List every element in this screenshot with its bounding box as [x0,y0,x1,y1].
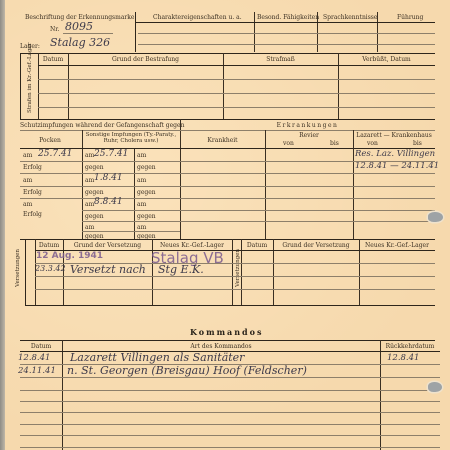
vacc-row-label: gegen [137,164,156,171]
transfers-side-label-left: Versetzungen [15,243,21,293]
divider [82,130,83,239]
kommando-row-kind: Lazarett Villingen als Sanitäter [70,351,244,364]
rule [20,130,180,131]
kommando-row-date: 12.8.41 [18,353,50,363]
rule [38,107,435,108]
transfer-col-camp: Neues Kr.-Gef.-Lager [152,242,232,249]
vacc-col-pocken: Pocken [20,137,80,144]
vacc-row-label: am [85,224,94,231]
rule [180,161,435,162]
kommando-col-date: Datum [20,343,62,350]
rule [180,130,435,131]
divider [20,53,21,119]
header-col-conduct: Führung [397,14,423,21]
divider [353,130,354,239]
rule [38,93,435,94]
vacc-row-label: Erfolg [23,189,42,196]
rule [20,186,180,187]
rule [138,33,435,34]
header-col-languages: Sprachkenntnisse [323,14,377,21]
transfer2-col-reason: Grund der Versetzung [273,242,359,249]
rule [38,79,435,80]
rule [20,412,440,413]
divider [377,12,378,52]
rule [20,390,440,391]
header-col-character: Charaktereigenschaften u. a. [153,14,242,21]
lager-value: Stalag 326 [50,36,110,49]
transfer2-col-date: Datum [241,242,273,249]
vacc-row-label: gegen [85,213,104,220]
rule [82,221,180,222]
kommando-col-return: Rückkehrdatum [380,343,440,350]
vacc-col-sonstige: Sonstige Impfungen (Ty.-Paraty., Ruhr, C… [82,132,180,144]
rule [20,435,440,436]
rule [20,239,435,240]
rule [20,424,440,425]
vacc-row-label: am [23,177,32,184]
vacc-row-label: am [137,224,146,231]
kommando-row-return: 12.8.41 [387,353,419,363]
transfer-row-camp: Stg E.K. [158,263,204,276]
vacc-row-label: am [23,152,32,159]
divider [317,12,318,52]
nr-line [63,33,113,34]
punishments-side-label: Strafen im Kr.-Gef.-Lager [27,53,33,113]
vacc-row-label: am [137,201,146,208]
vacc-row-label: Erfolg [23,164,42,171]
ill-col-revier-bis: bis [330,140,339,147]
ill-col-lazarett-von: von [367,140,378,147]
rule [180,198,435,199]
vacc-row-label: gegen [137,213,156,220]
kommando-row-kind: n. St. Georgen (Breisgau) Hoof (Feldsche… [67,364,307,377]
vaccinations-title: Schutzimpfungen während der Gefangenscha… [20,122,180,129]
vacc-row-label: gegen [85,164,104,171]
rule [20,119,435,120]
divider [380,340,381,450]
vacc-row-value: 1.8.41 [94,173,123,183]
vacc-row-label: am [85,177,94,184]
transfer-col-date: Datum [35,242,63,249]
rule [38,65,435,66]
kommando-col-kind: Art des Kommandos [62,343,380,350]
rule [82,210,180,211]
rule [180,186,435,187]
ill-entry-dates: 12.8.41 — 24.11.41 [355,161,439,171]
nr-label: Nr. [50,26,59,33]
pow-record-card: Beschriftung der Erkennungsmarke Nr. 809… [5,0,450,450]
kommando-row-date: 24.11.41 [18,366,56,376]
punish-col-measure: Strafmaß [223,56,338,63]
vacc-row-label: am [85,201,94,208]
rule [82,231,180,232]
nr-value: 8095 [65,20,93,33]
transfer-col-reason: Grund der Versetzung [63,242,152,249]
rule [135,22,435,23]
divider [25,239,26,305]
rule [25,305,435,306]
vacc-row-label: gegen [85,189,104,196]
divider [254,12,255,52]
rule [20,161,180,162]
transfer2-col-camp: Neues Kr.-Gef.-Lager [359,242,435,249]
rule [20,53,435,54]
transfer-row-reason: Versetzt nach [70,263,146,276]
vacc-row-label: am [23,201,32,208]
ill-col-revier: Revier [265,132,353,139]
transfer-date-stamp: 12 Aug. 1941 [36,251,103,261]
header-col-skills: Besond. Fähigkeiten [257,14,319,21]
rule [35,276,435,277]
vacc-row-label: am [137,177,146,184]
divider [265,130,266,239]
divider [232,239,233,305]
rule [35,289,435,290]
vacc-row-label: am [137,152,146,159]
vacc-row-value: 8.8.41 [94,197,123,207]
rule [138,44,435,45]
ill-col-revier-von: von [283,140,294,147]
vacc-row-value: 25.7.41 [38,149,72,159]
rule [180,173,435,174]
vacc-row-label: am [85,152,94,159]
punish-col-date: Datum [38,56,68,63]
transfer-row-date: 23.3.42 [35,264,66,273]
punch-hole [428,212,443,222]
vacc-row-label: Erfolg [23,211,42,218]
rule [180,210,435,211]
divider [135,12,136,52]
ill-col-krankheit: Krankheit [180,137,265,144]
punish-col-reason: Grund der Bestrafung [68,56,223,63]
punish-col-served: Verbüßt, Datum [338,56,435,63]
vacc-row-label: gegen [137,189,156,196]
ill-col-lazarett-bis: bis [413,140,422,147]
rule [20,401,440,402]
ill-entry-hospital: Res. Laz. Villingen [355,149,435,159]
rule [20,340,435,341]
kommandos-title: Kommandos [190,327,263,337]
rule [180,221,435,222]
ill-col-lazarett: Lazarett — Krankenhaus [353,132,435,139]
illnesses-title: Erkrankungen [180,122,435,129]
vacc-row-value: 25.7.41 [94,149,128,159]
rule [20,447,440,448]
rule [20,377,440,378]
punch-hole [428,382,442,392]
divider [62,340,63,450]
rule [35,263,435,264]
